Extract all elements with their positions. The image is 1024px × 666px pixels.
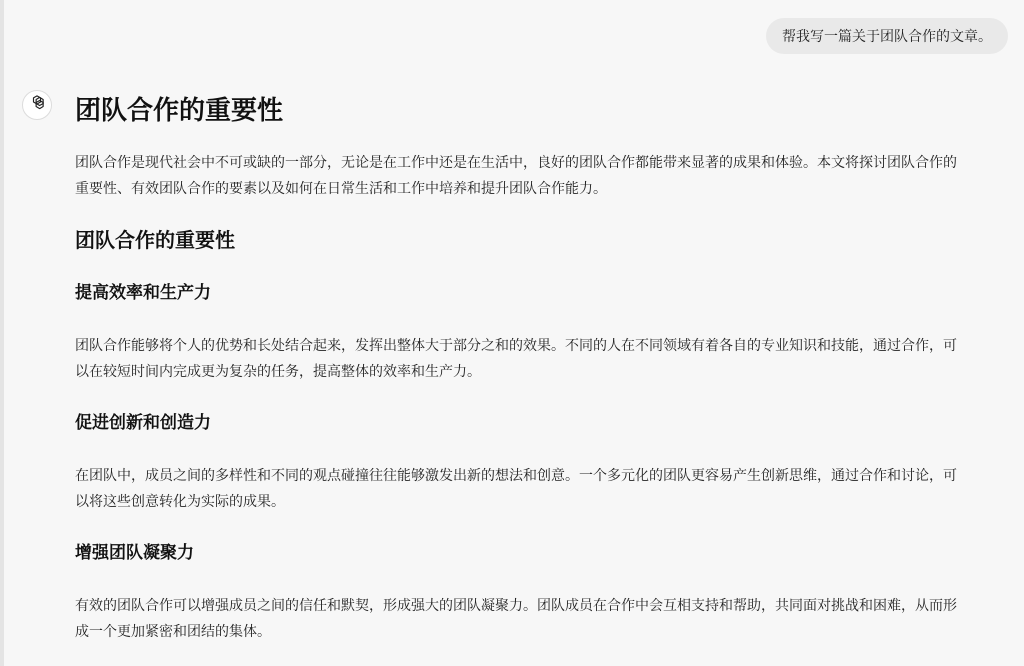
subsection-body: 团队合作能够将个人的优势和长处结合起来，发挥出整体大于部分之和的效果。不同的人在…	[75, 333, 960, 385]
subsection-heading: 增强团队凝聚力	[75, 539, 960, 567]
section-heading: 团队合作的重要性	[75, 224, 960, 256]
subsection-cohesion: 增强团队凝聚力 有效的团队合作可以增强成员之间的信任和默契，形成强大的团队凝聚力…	[75, 539, 960, 645]
user-message-bubble: 帮我写一篇关于团队合作的文章。	[766, 18, 1008, 54]
assistant-message: 团队合作的重要性 团队合作是现代社会中不可或缺的一部分，无论是在工作中还是在生活…	[75, 90, 960, 666]
assistant-avatar	[22, 90, 52, 120]
subsection-heading: 促进创新和创造力	[75, 409, 960, 437]
subsection-heading: 提高效率和生产力	[75, 279, 960, 307]
chat-page: 帮我写一篇关于团队合作的文章。 团队合作的重要性 团队合作是现代社会中不可或缺的…	[0, 0, 1024, 666]
user-message-text: 帮我写一篇关于团队合作的文章。	[782, 26, 992, 46]
subsection-innovation: 促进创新和创造力 在团队中，成员之间的多样性和不同的观点碰撞往往能够激发出新的想…	[75, 409, 960, 515]
subsection-body: 在团队中，成员之间的多样性和不同的观点碰撞往往能够激发出新的想法和创意。一个多元…	[75, 463, 960, 515]
subsection-body: 有效的团队合作可以增强成员之间的信任和默契，形成强大的团队凝聚力。团队成员在合作…	[75, 593, 960, 645]
subsection-efficiency: 提高效率和生产力 团队合作能够将个人的优势和长处结合起来，发挥出整体大于部分之和…	[75, 279, 960, 385]
article-title: 团队合作的重要性	[75, 90, 960, 132]
sidebar-edge	[0, 0, 4, 666]
article-intro: 团队合作是现代社会中不可或缺的一部分，无论是在工作中还是在生活中，良好的团队合作…	[75, 150, 960, 202]
openai-logo-icon	[27, 93, 47, 117]
